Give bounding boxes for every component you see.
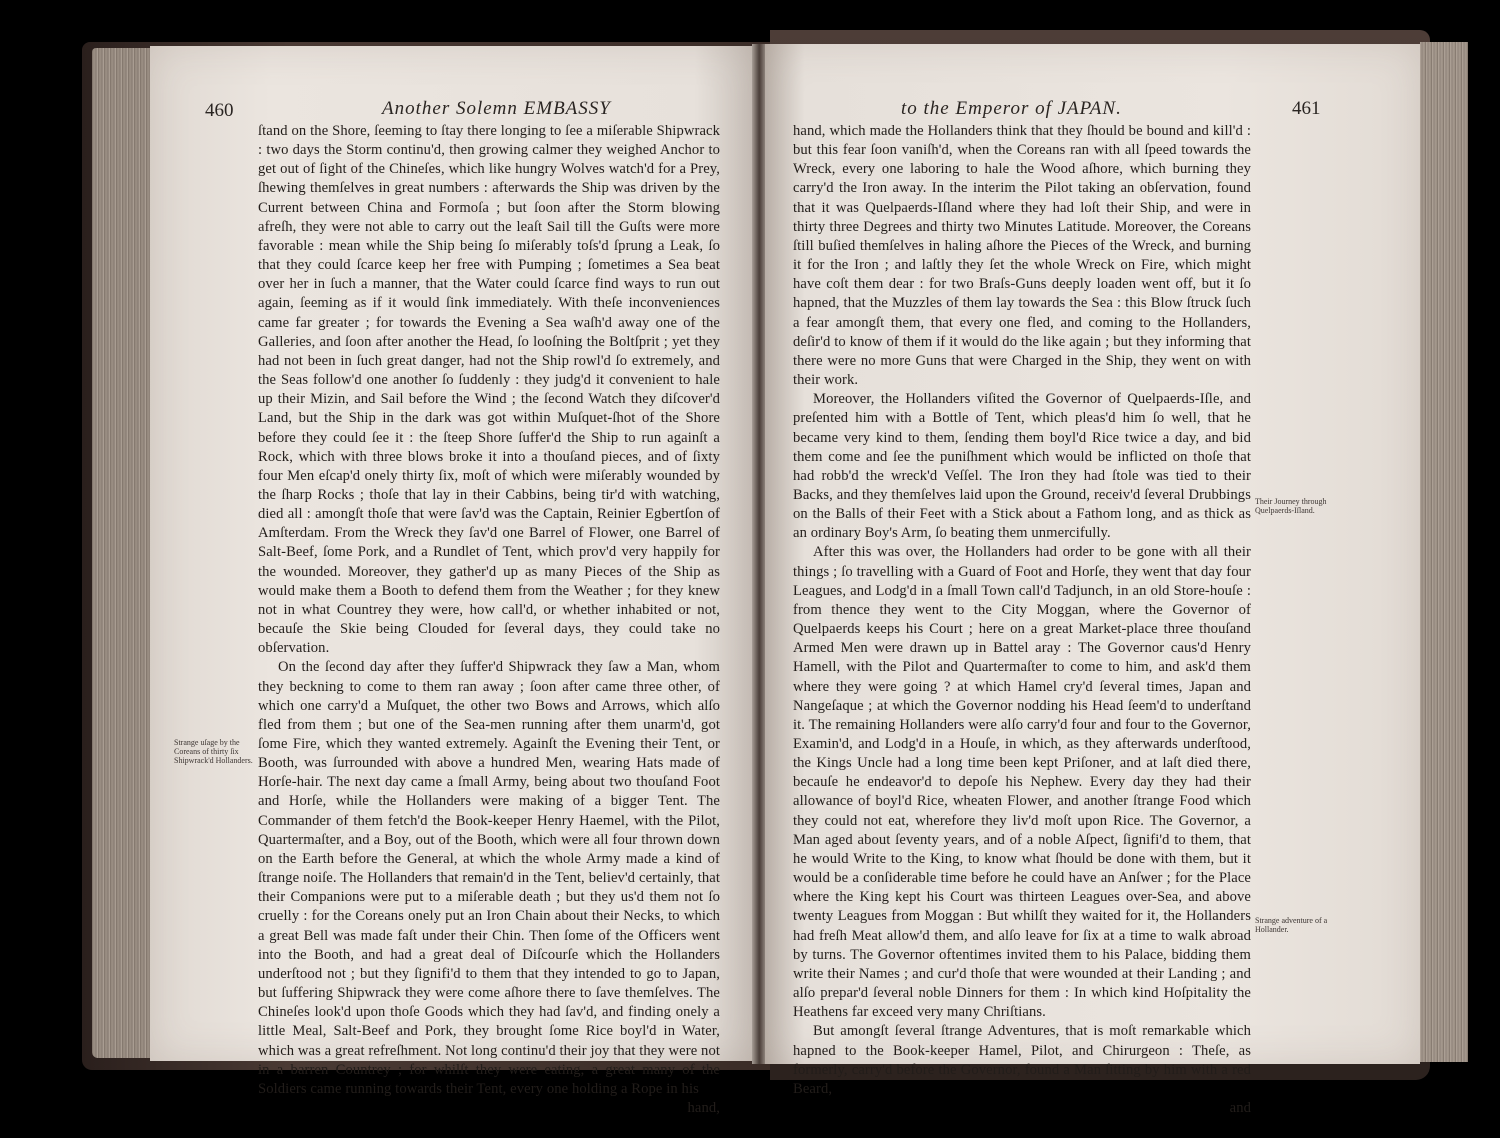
catchword: and bbox=[793, 1099, 1251, 1118]
paragraph: After this was over, the Hollanders had … bbox=[793, 543, 1251, 1022]
running-head-right: to the Emperor of JAPAN. bbox=[901, 98, 1122, 120]
paragraph: ſtand on the Shore, ſeeming to ſtay ther… bbox=[258, 122, 720, 658]
page-number-right: 461 bbox=[1292, 98, 1321, 120]
running-head-left: Another Solemn EMBASSY bbox=[382, 98, 611, 120]
paragraph: On the ſecond day after they ſuffer'd Sh… bbox=[258, 658, 720, 1099]
right-text-block: hand, which made the Hollanders think th… bbox=[793, 122, 1251, 1118]
page-number-left: 460 bbox=[205, 100, 234, 122]
left-page: 460 Another Solemn EMBASSY ſtand on the … bbox=[150, 46, 755, 1061]
paragraph: hand, which made the Hollanders think th… bbox=[793, 122, 1251, 390]
paragraph: But amongſt ſeveral ſtrange Adventures, … bbox=[793, 1022, 1251, 1099]
catchword: hand, bbox=[258, 1099, 720, 1118]
margin-note: Strange adventure of a Hollander. bbox=[1255, 916, 1345, 934]
margin-note: Their Journey through Quelpaerds-Iſland. bbox=[1255, 497, 1345, 515]
right-page: to the Emperor of JAPAN. 461 hand, which… bbox=[765, 44, 1420, 1064]
left-text-block: ſtand on the Shore, ſeeming to ſtay ther… bbox=[258, 122, 720, 1118]
page-edges-right bbox=[1420, 42, 1468, 1062]
margin-note: Strange uſage by the Coreans of thirty ſ… bbox=[174, 738, 264, 765]
paragraph: Moreover, the Hollanders viſited the Gov… bbox=[793, 390, 1251, 543]
page-edges-left bbox=[92, 48, 152, 1058]
